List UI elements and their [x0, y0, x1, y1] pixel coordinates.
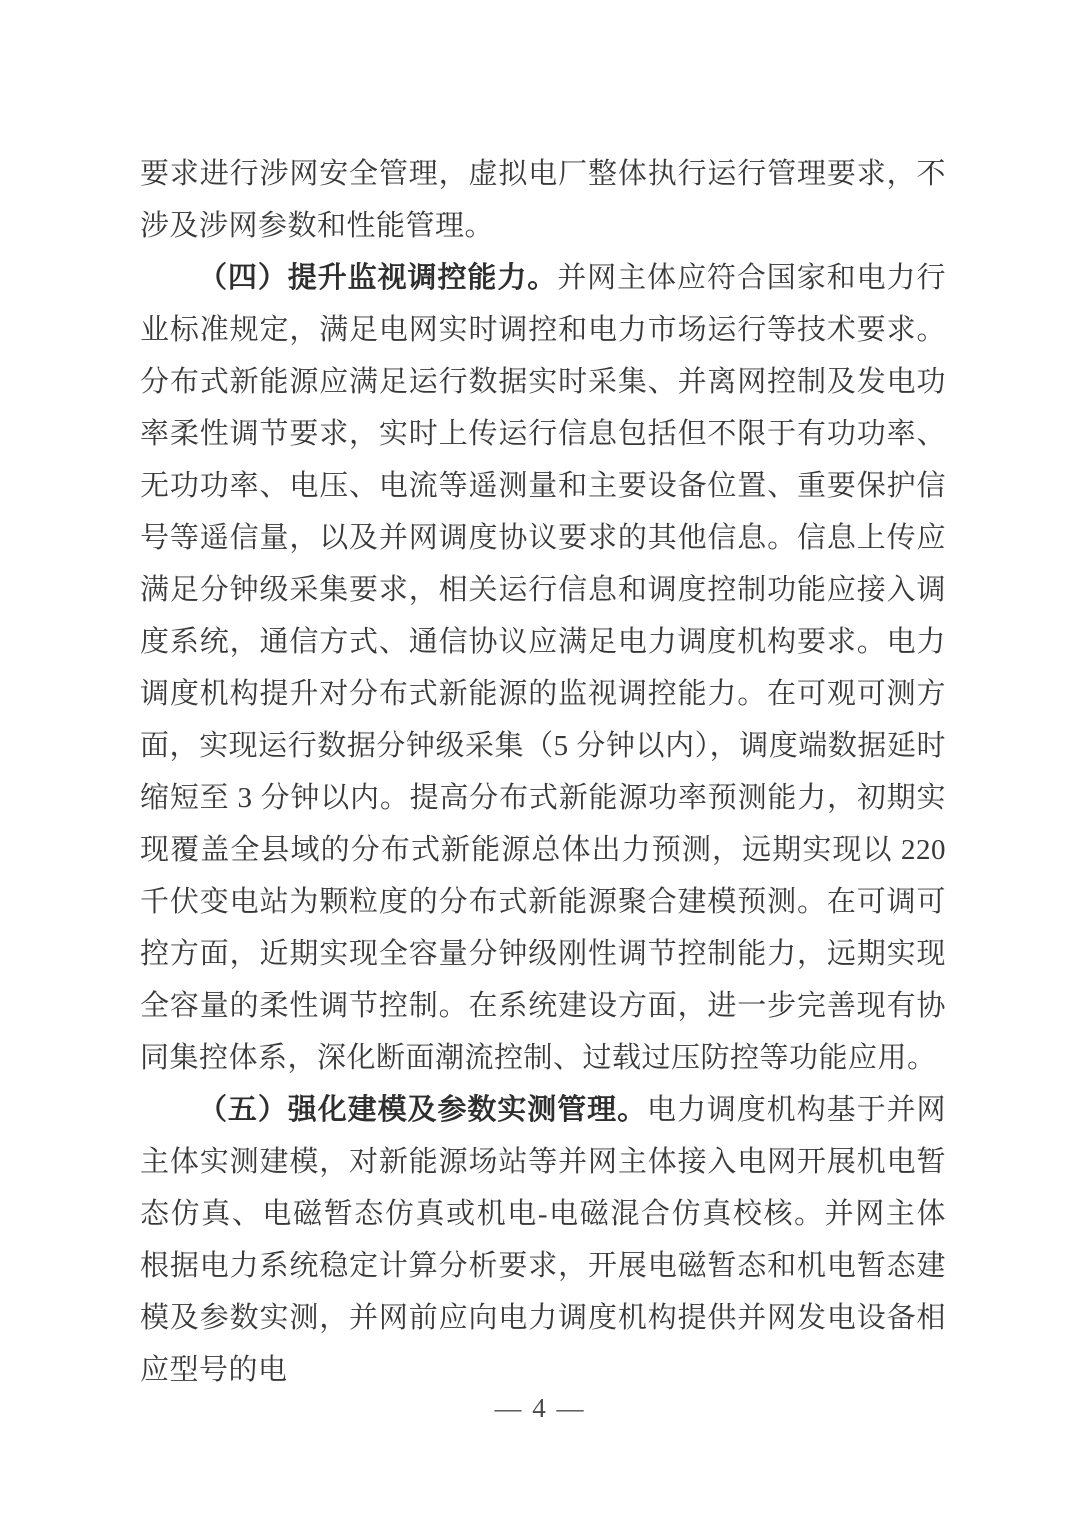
document-page: 要求进行涉网安全管理，虚拟电厂整体执行运行管理要求，不涉及涉网参数和性能管理。（…	[0, 0, 1080, 1527]
paragraph: （四）提升监视调控能力。并网主体应符合国家和电力行业标准规定，满足电网实时调控和…	[140, 252, 946, 1084]
paragraph-lead: （四）提升监视调控能力。	[198, 262, 557, 294]
paragraph: （五）强化建模及参数实测管理。电力调度机构基于并网主体实测建模，对新能源场站等并…	[140, 1084, 946, 1396]
paragraph-lead: （五）强化建模及参数实测管理。	[198, 1094, 647, 1126]
page-number-footer: — 4 —	[0, 1388, 1080, 1428]
document-body: 要求进行涉网安全管理，虚拟电厂整体执行运行管理要求，不涉及涉网参数和性能管理。（…	[140, 148, 946, 1396]
paragraph: 要求进行涉网安全管理，虚拟电厂整体执行运行管理要求，不涉及涉网参数和性能管理。	[140, 148, 946, 252]
